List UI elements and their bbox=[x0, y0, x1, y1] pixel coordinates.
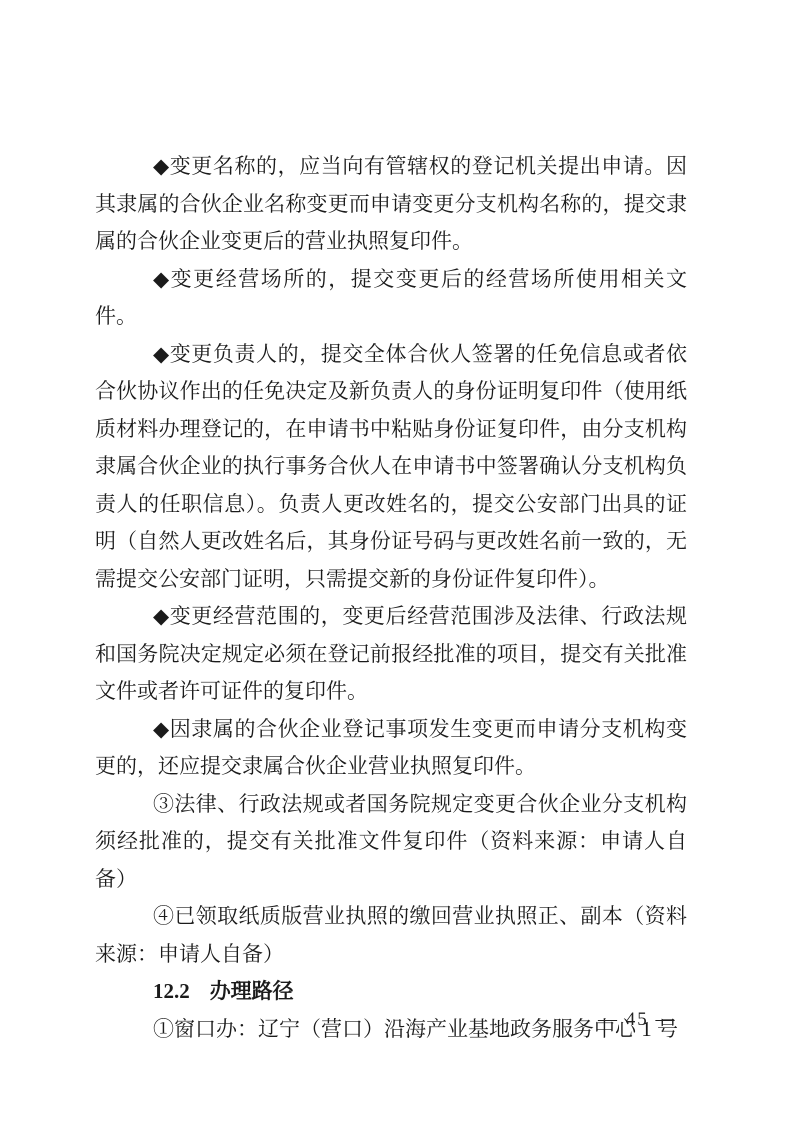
section-heading-number: 12.2 bbox=[153, 979, 190, 1003]
paragraph-change-business-scope: ◆变更经营范围的，变更后经营范围涉及法律、行政法规和国务院决定规定必须在登记前报… bbox=[95, 598, 687, 711]
paragraph-approval-documents: ③法律、行政法规或者国务院规定变更合伙企业分支机构须经批准的，提交有关批准文件复… bbox=[95, 786, 687, 899]
section-heading: 12.2办理路径 bbox=[95, 973, 687, 1011]
document-page: ◆变更名称的，应当向有管辖权的登记机关提出申请。因其隶属的合伙企业名称变更而申请… bbox=[0, 0, 793, 1122]
paragraph-change-affiliated-partnership: ◆因隶属的合伙企业登记事项发生变更而申请分支机构变更的，还应提交隶属合伙企业营业… bbox=[95, 711, 687, 786]
paragraph-change-premises: ◆变更经营场所的，提交变更后的经营场所使用相关文件。 bbox=[95, 261, 687, 336]
paragraph-change-person-in-charge: ◆变更负责人的，提交全体合伙人签署的任免信息或者依合伙协议作出的任免决定及新负责… bbox=[95, 336, 687, 599]
page-number: — 45 — bbox=[598, 1008, 677, 1032]
paragraph-return-paper-license: ④已领取纸质版营业执照的缴回营业执照正、副本（资料来源：申请人自备） bbox=[95, 898, 687, 973]
document-body: ◆变更名称的，应当向有管辖权的登记机关提出申请。因其隶属的合伙企业名称变更而申请… bbox=[95, 148, 687, 1048]
paragraph-change-name: ◆变更名称的，应当向有管辖权的登记机关提出申请。因其隶属的合伙企业名称变更而申请… bbox=[95, 148, 687, 261]
section-heading-title: 办理路径 bbox=[210, 979, 294, 1003]
